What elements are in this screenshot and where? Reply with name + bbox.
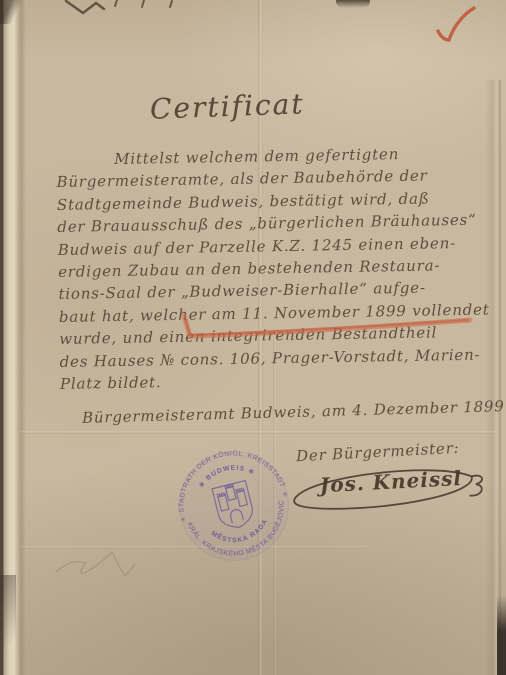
photo-corner-bottom-right [497,595,506,675]
line-prefix: baut hat, welcher [59,305,212,326]
stamp-star-right-icon: ✳ [281,489,289,498]
certificate-body: Mittelst welchem dem gefertigten Bürgerm… [56,144,484,398]
horizontal-crease [20,431,496,434]
photo-edge-mark-top [336,0,370,8]
document-photo: Certificat Mittelst welchem dem gefertig… [0,0,506,675]
page-left-edge [0,0,26,675]
right-edge-fold [485,80,501,675]
underlined-completion-date: am 11. November 1899 vollendet [212,300,490,323]
photo-corner-top-left [0,0,40,24]
certificate-title: Certificat [149,87,305,125]
mayor-signature: Jos. Kneissl [277,452,492,523]
photo-corner-bottom-left [0,575,16,675]
